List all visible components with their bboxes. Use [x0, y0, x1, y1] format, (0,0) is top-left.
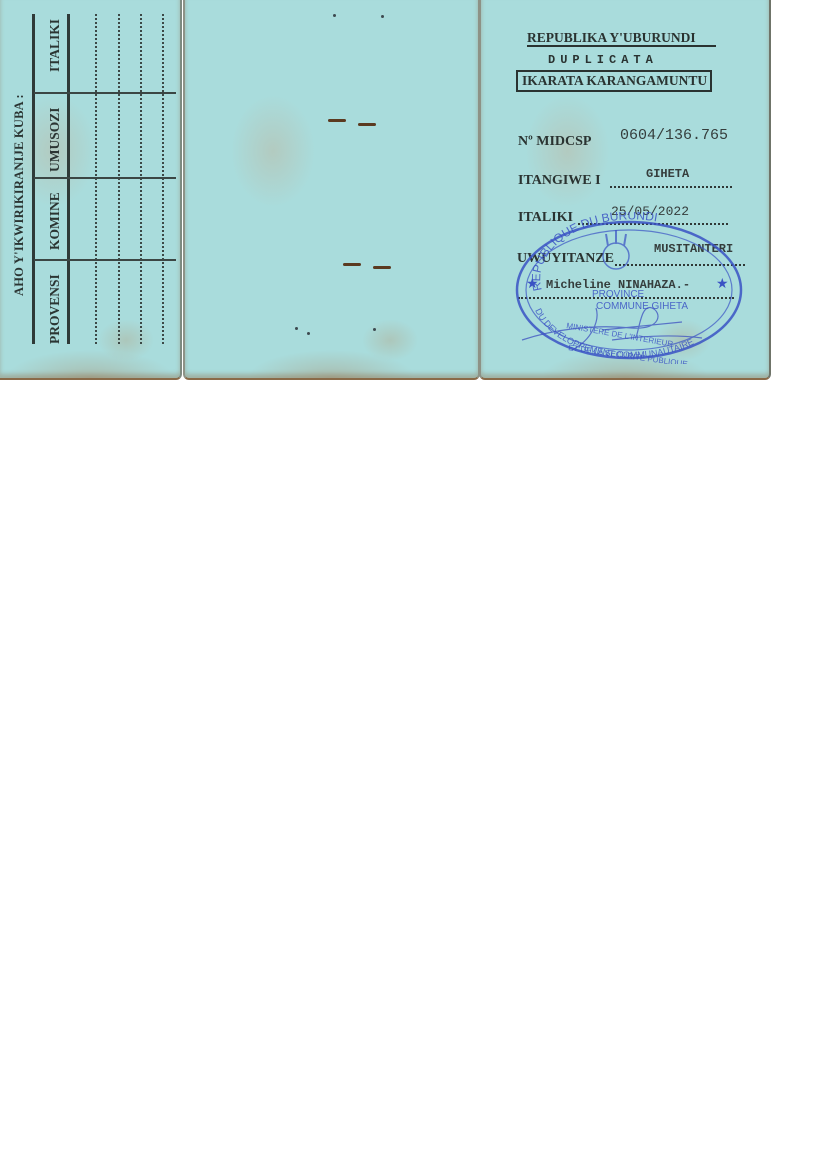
table-row-line: [162, 14, 164, 344]
table-row-line: [118, 14, 120, 344]
column-divider-italiki: [34, 92, 176, 94]
svg-text:REPUBLIQUE DU BURUNDI: REPUBLIQUE DU BURUNDI: [529, 212, 658, 292]
stamp-province: PROVINCE: [592, 289, 645, 300]
column-header-italiki: ITALIKI: [47, 19, 63, 72]
table-header-divider: [67, 14, 70, 344]
card-panel-left: AHO Y'IKWIRIKIRANIJE KUBA : PROVENSI KOM…: [0, 0, 182, 380]
number-value: 0604/136.765: [620, 127, 728, 144]
column-header-komine: KOMINE: [47, 192, 63, 250]
number-label: Nº MIDCSP: [518, 134, 591, 150]
duplicate-stamp-text: DUPLICATA: [548, 53, 658, 67]
column-header-provensi: PROVENSI: [47, 274, 63, 344]
issued-at-value: GIHETA: [646, 167, 689, 181]
scanned-page: AHO Y'IKWIRIKIRANIJE KUBA : PROVENSI KOM…: [0, 0, 827, 1169]
issued-at-label: ITANGIWE I: [518, 173, 601, 189]
coat-of-arms-icon: [603, 230, 629, 269]
star-icon: ★: [716, 277, 729, 292]
issued-at-dotted-line: [610, 186, 732, 188]
stamp-outer-text: REPUBLIQUE DU BURUNDI: [529, 212, 658, 292]
table-title: AHO Y'IKWIRIKIRANIJE KUBA :: [12, 94, 27, 296]
ink-speck: [373, 328, 376, 331]
column-header-umusozi: UMUSOZI: [47, 107, 63, 172]
card-panel-middle: [183, 0, 480, 380]
table-row-line: [95, 14, 97, 344]
star-icon: ★: [526, 277, 539, 292]
heading-underline: [527, 45, 716, 47]
column-divider-komine: [34, 259, 176, 261]
staple: [328, 119, 346, 122]
column-divider-umusozi: [34, 177, 176, 179]
ink-speck: [381, 15, 384, 18]
table-border-left: [32, 14, 35, 344]
ink-speck: [333, 14, 336, 17]
staple: [373, 266, 391, 269]
ink-speck: [307, 332, 310, 335]
ink-speck: [295, 327, 298, 330]
staple: [343, 263, 361, 266]
card-title: IKARATA KARANGAMUNTU: [516, 70, 712, 92]
official-stamp: REPUBLIQUE DU BURUNDI ★ ★ PROVINCE COMMU…: [512, 212, 746, 364]
country-heading: REPUBLIKA Y'UBURUNDI: [527, 30, 696, 46]
table-row-line: [140, 14, 142, 344]
stamp-commune: COMMUNE GIHETA: [596, 301, 688, 312]
staple: [358, 123, 376, 126]
